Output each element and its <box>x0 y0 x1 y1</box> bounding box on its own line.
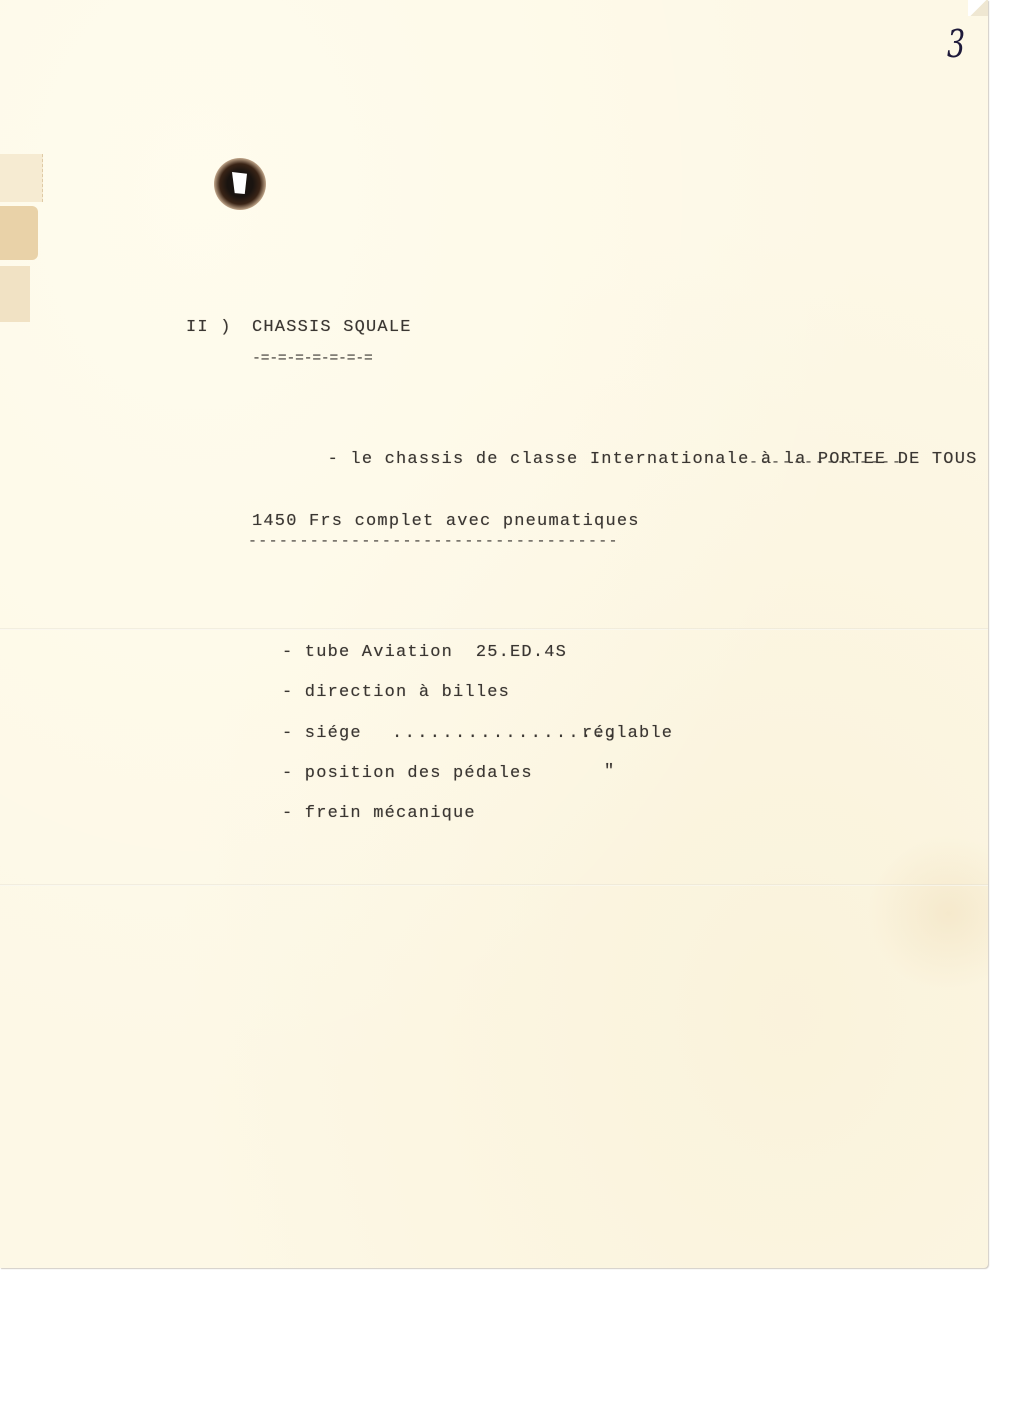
tape-residue <box>0 266 30 322</box>
section-title-underline: -=-=-=-=-=-=-= <box>252 350 404 367</box>
price-underline: ------------------------------------ <box>248 533 618 550</box>
feature-item: - tube Aviation 25.ED.4S <box>282 643 567 662</box>
handwritten-page-number: 3 <box>947 22 965 66</box>
fold-line <box>0 628 988 630</box>
section-title: CHASSIS SQUALE <box>252 318 412 337</box>
ditto-mark: " <box>604 762 615 781</box>
feature-item: - siége <box>282 724 362 743</box>
tape-residue <box>0 206 38 260</box>
price-line: 1450 Frs complet avec pneumatiques <box>252 512 640 531</box>
tagline-text: - le chassis de classe Internationale à … <box>328 450 818 469</box>
tagline-underline: -------------- <box>749 454 903 471</box>
feature-item: - frein mécanique <box>282 804 476 823</box>
section-numeral: II ) <box>186 318 232 337</box>
fold-line <box>0 884 988 886</box>
feature-value: réglable <box>582 724 673 743</box>
feature-item: - direction à billes <box>282 683 510 702</box>
hole-icon <box>232 172 247 194</box>
burn-hole <box>214 158 266 210</box>
feature-item: - position des pédales <box>282 764 533 783</box>
folded-corner <box>968 0 988 16</box>
tape-residue <box>0 154 43 202</box>
document-page: 3 II ) CHASSIS SQUALE -=-=-=-=-=-=-= - l… <box>0 0 988 1268</box>
